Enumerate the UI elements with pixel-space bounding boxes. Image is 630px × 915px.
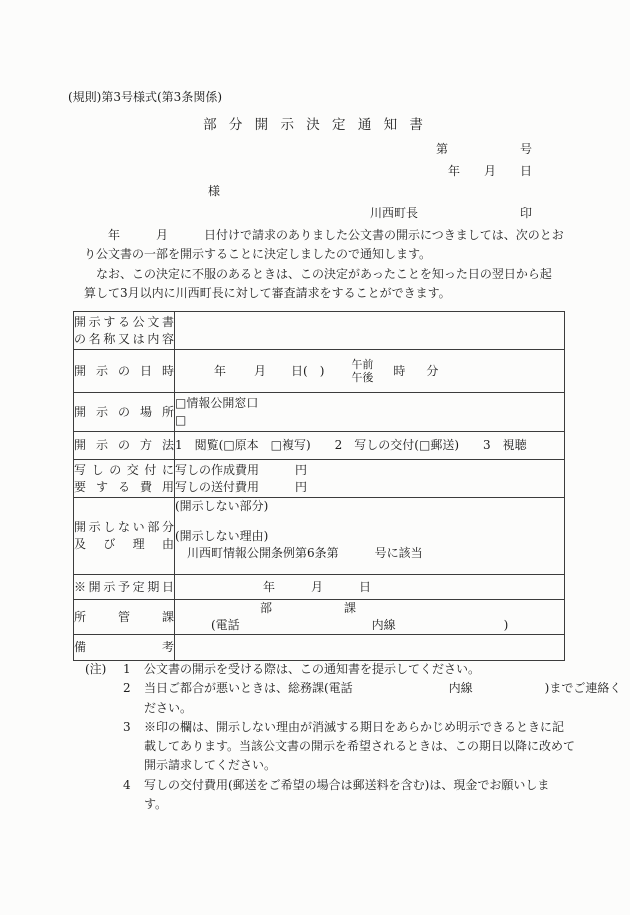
location-option-window: □情報公開窓口: [175, 395, 564, 412]
row-label-fees: 写しの交付に 要 す る 費 用: [74, 460, 175, 498]
note-number: 3: [123, 718, 144, 737]
table-row-datetime: 開 示 の 日 時 年 月 日( ) 午前 午後 時 分: [74, 350, 565, 393]
day-blank: 日( ): [291, 363, 324, 380]
location-option-other: □: [175, 412, 564, 429]
nondisclosed-part-heading: (開示しない部分): [175, 498, 564, 515]
form-style-number: (規則)第3号様式(第3条関係): [68, 88, 222, 105]
disclosure-form-table: 開示する公文書 の名称又は内容 開 示 の 日 時 年 月 日( ) 午前 午後…: [73, 311, 565, 661]
cell-nondisclosure: (開示しない部分) (開示しない理由) 川西町情報公開条例第6条第 号に該当: [175, 498, 565, 575]
table-row-nondisclosure: 開示しない部分 及 び 理 由 (開示しない部分) (開示しない理由) 川西町情…: [74, 498, 565, 575]
note-body: ※印の欄は、開示しない理由が消滅する期日をあらかじめ明示できるときに記 載してあ…: [144, 718, 575, 776]
paragraph-line: 年 月 日付けで請求のありました公文書の開示につきましては、次のとお: [84, 226, 614, 245]
checkbox-icon: □: [175, 413, 186, 427]
row-label-remarks: 備 考: [74, 635, 175, 661]
table-row-remarks: 備 考: [74, 635, 565, 661]
recipient-honorific: 様: [208, 182, 220, 199]
table-row-method: 開 示 の 方 法 1 閲覧(□原本 □複写) 2 写しの交付(□郵送) 3 視…: [74, 432, 565, 460]
document-title: 部 分 開 示 決 定 通 知 書: [0, 113, 630, 133]
fee-line-production: 写しの作成費用円: [175, 462, 564, 479]
note-number: 4: [123, 776, 144, 795]
paragraph-line: 算して3月以内に川西町長に対して審査請求をすることができます。: [84, 284, 614, 303]
issuer-line: 川西町長 印: [370, 204, 532, 221]
row-label-nondisclosure: 開示しない部分 及 び 理 由: [74, 498, 175, 575]
yen-unit: 円: [295, 463, 307, 477]
month-blank: 月: [254, 363, 266, 380]
cell-datetime: 年 月 日( ) 午前 午後 時 分: [175, 350, 565, 393]
yen-unit: 円: [295, 480, 307, 494]
body-paragraph: 年 月 日付けで請求のありました公文書の開示につきましては、次のとお り公文書の…: [84, 226, 614, 304]
year-blank: 年: [214, 363, 226, 380]
note-item-2: 2 当日ご都合が悪いときは、総務課(電話 内線 )までご連絡く ださい。: [85, 679, 565, 718]
location-option-label: 情報公開窓口: [186, 396, 258, 410]
row-label-method: 開 示 の 方 法: [74, 432, 175, 460]
document-page: (規則)第3号様式(第3条関係) 部 分 開 示 決 定 通 知 書 第 号 年…: [0, 0, 630, 915]
note-body: 当日ご都合が悪いときは、総務課(電話 内線 )までご連絡く ださい。: [144, 679, 621, 718]
document-number-blank: 第 号: [436, 140, 532, 157]
table-row-fees: 写しの交付に 要 す る 費 用 写しの作成費用円 写しの送付費用円: [74, 460, 565, 498]
ampm-options: 午前 午後: [351, 358, 373, 385]
phone-extension-blank: (電話 内線 ): [175, 617, 564, 634]
note-body: 写しの交付費用(郵送をご希望の場合は郵送料を含む)は、現金でお願いしま す。: [144, 776, 565, 815]
note-body: 公文書の開示を受ける際は、この通知書を提示してください。: [144, 660, 565, 679]
row-label-document-name: 開示する公文書 の名称又は内容: [74, 312, 175, 350]
table-row-location: 開 示 の 場 所 □情報公開窓口 □: [74, 393, 565, 432]
note-item-1: (注) 1 公文書の開示を受ける際は、この通知書を提示してください。: [85, 660, 565, 679]
row-label-datetime: 開 示 の 日 時: [74, 350, 175, 393]
cell-fees: 写しの作成費用円 写しの送付費用円: [175, 460, 565, 498]
ordinance-reference: 川西町情報公開条例第6条第 号に該当: [175, 545, 564, 562]
note-marker: (注): [85, 660, 123, 679]
cell-scheduled-date: 年 月 日: [175, 575, 565, 600]
row-label-department: 所 管 課: [74, 600, 175, 635]
issuer-name: 川西町長: [370, 204, 418, 221]
row-label-location: 開 示 の 場 所: [74, 393, 175, 432]
department-blank: 部 課: [175, 600, 564, 617]
seal-mark: 印: [520, 204, 532, 221]
cell-remarks: [175, 635, 565, 661]
paragraph-line: なお、この決定に不服のあるときは、この決定があったことを知った日の翌日から起: [84, 265, 614, 284]
table-row-document-name: 開示する公文書 の名称又は内容: [74, 312, 565, 350]
minute-blank: 分: [426, 363, 438, 380]
note-item-4: 4 写しの交付費用(郵送をご希望の場合は郵送料を含む)は、現金でお願いしま す。: [85, 776, 565, 815]
notes-section: (注) 1 公文書の開示を受ける際は、この通知書を提示してください。 2 当日ご…: [85, 660, 565, 814]
fee-line-postage: 写しの送付費用円: [175, 479, 564, 496]
cell-location: □情報公開窓口 □: [175, 393, 565, 432]
table-row-scheduled-date: ※開示予定期日 年 月 日: [74, 575, 565, 600]
issue-date-blank: 年 月 日: [448, 162, 532, 179]
note-item-3: 3 ※印の欄は、開示しない理由が消滅する期日をあらかじめ明示できるときに記 載し…: [85, 718, 565, 776]
note-number: 2: [123, 679, 144, 698]
cell-department: 部 課 (電話 内線 ): [175, 600, 565, 635]
note-number: 1: [123, 660, 144, 679]
cell-method: 1 閲覧(□原本 □複写) 2 写しの交付(□郵送) 3 視聴: [175, 432, 565, 460]
nondisclosed-reason-heading: (開示しない理由): [175, 528, 564, 545]
checkbox-icon: □: [175, 396, 186, 410]
hour-blank: 時: [393, 363, 405, 380]
table-row-department: 所 管 課 部 課 (電話 内線 ): [74, 600, 565, 635]
row-label-scheduled-date: ※開示予定期日: [74, 575, 175, 600]
paragraph-line: り公文書の一部を開示することに決定しましたので通知します。: [84, 245, 614, 264]
cell-document-name: [175, 312, 565, 350]
